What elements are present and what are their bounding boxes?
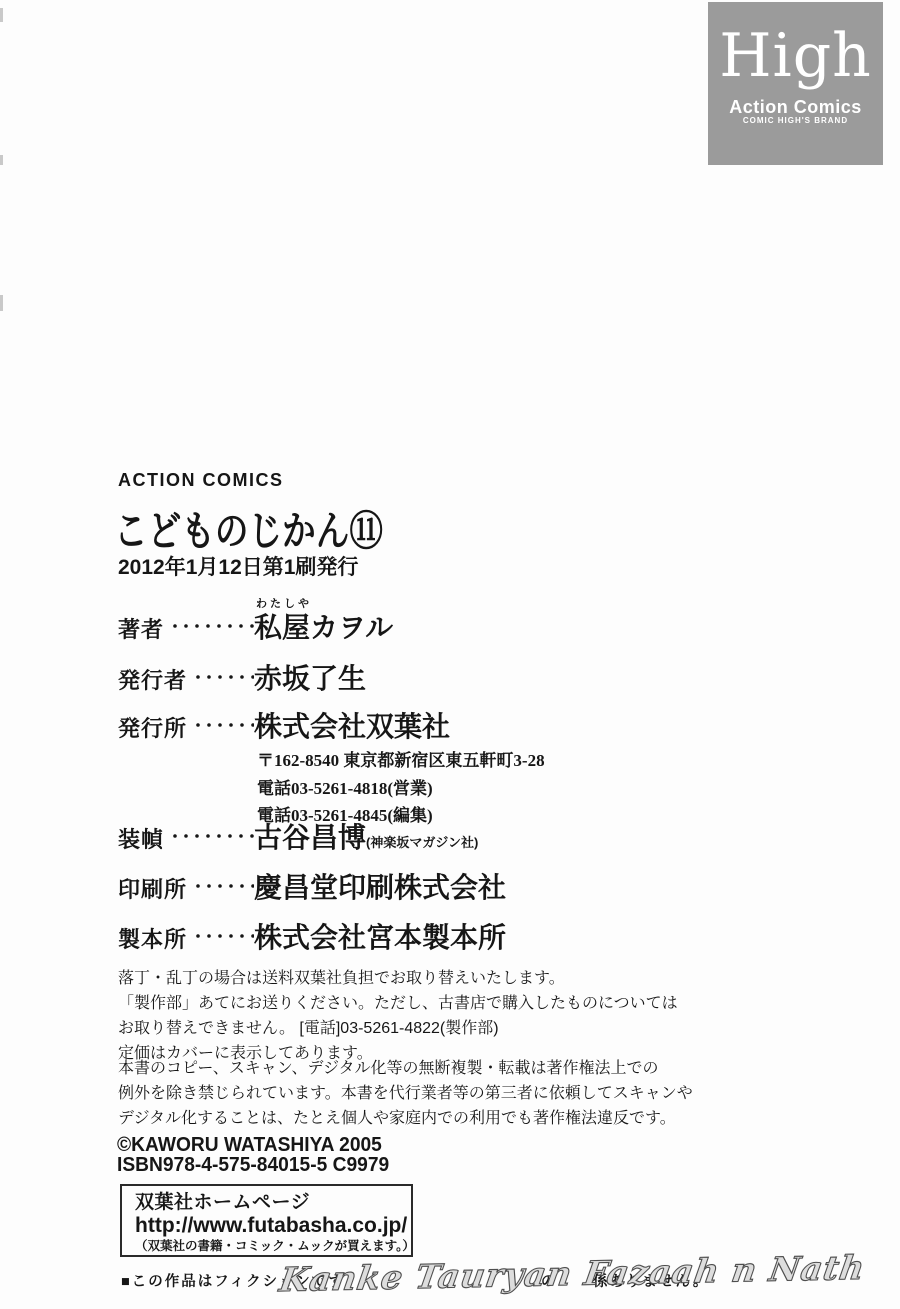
designer-note: (神楽坂マガジン社) xyxy=(366,835,478,850)
notice-line: 例外を除き禁じられています。本書を代行業者等の第三者に依頼してスキャンや xyxy=(118,1081,608,1106)
credits-block: ©KAWORU WATASHIYA 2005 ISBN978-4-575-840… xyxy=(117,1136,389,1175)
colophon-row-binder: 製本所 ・・・・・・・・・・・・・・・・・・・・・・・・ 株式会社宮本製本所 xyxy=(118,922,588,954)
printer-name: 慶昌堂印刷株式会社 xyxy=(254,872,588,904)
book-title: こどものじかん⑪ xyxy=(114,498,383,557)
author-name: わたしや 私屋カヲル xyxy=(254,612,588,644)
row-label: 印刷所 xyxy=(118,873,187,904)
dot-leader: ・・・・・・・・・・・・・・・・・・・・・・・・ xyxy=(187,713,254,736)
fiction-disclaimer: ■この作品はフィクションです の 係ありません。 Kanke Tauryan F… xyxy=(121,1270,761,1306)
brand-action-comics-label: Action Comics xyxy=(708,98,883,116)
brand-box: High Action Comics COMIC HIGH'S BRAND xyxy=(708,2,883,165)
notice-line: 落丁・乱丁の場合は送料双葉社負担でお取り替えいたします。 xyxy=(118,966,608,991)
furigana: わたしや xyxy=(256,598,312,611)
publisher-person-name: 赤坂了生 xyxy=(254,663,588,695)
imprint-label: ACTION COMICS xyxy=(118,470,284,491)
replacement-notice: 落丁・乱丁の場合は送料双葉社負担でお取り替えいたします。 「製作部」あてにお送り… xyxy=(118,966,608,1066)
row-label: 装幀 xyxy=(118,823,164,854)
print-date: 2012年1月12日第1刷発行 xyxy=(118,551,358,581)
dot-leader: ・・・・・・・・・・・・・・・・・・・・・・・・ xyxy=(187,665,254,688)
colophon-row-author: 著者 ・・・・・・・・・・・・・・・・・・・・・・・・ わたしや 私屋カヲル xyxy=(118,612,588,644)
row-label: 製本所 xyxy=(118,923,187,954)
notice-line: 「製作部」あてにお送りください。ただし、古書店で購入したものについては xyxy=(118,991,608,1016)
publisher-company-name: 株式会社双葉社 xyxy=(254,711,588,743)
copyright-line: ©KAWORU WATASHIYA 2005 xyxy=(117,1136,389,1156)
copyright-notice: 本書のコピー、スキャン、デジタル化等の無断複製・転載は著作権法上での 例外を除き… xyxy=(118,1056,608,1131)
scan-artifact xyxy=(0,8,3,22)
dot-leader: ・・・・・・・・・・・・・・・・・・・・・・・・ xyxy=(164,614,254,637)
homepage-title: 双葉社ホームページ xyxy=(135,1193,411,1214)
row-label: 発行所 xyxy=(118,712,187,743)
designer-name: 古谷昌博(神楽坂マガジン社) xyxy=(254,822,588,854)
row-label: 著者 xyxy=(118,613,164,644)
row-label: 発行者 xyxy=(118,664,187,695)
notice-line: 本書のコピー、スキャン、デジタル化等の無断複製・転載は著作権法上での xyxy=(118,1056,608,1081)
publisher-postal-address: 〒162-8540 東京都新宿区東五軒町3-28 xyxy=(257,747,545,775)
notice-line: デジタル化することは、たとえ個人や家庭内での利用でも著作権法違反です。 xyxy=(118,1106,608,1131)
colophon-row-publisher-person: 発行者 ・・・・・・・・・・・・・・・・・・・・・・・・ 赤坂了生 xyxy=(118,663,588,695)
colophon-row-designer: 装幀 ・・・・・・・・・・・・・・・・・・・・・・・・ 古谷昌博(神楽坂マガジン… xyxy=(118,822,588,854)
homepage-url: http://www.futabasha.co.jp/ xyxy=(135,1214,411,1238)
brand-high-logo: High xyxy=(708,26,883,86)
scan-artifact xyxy=(0,295,3,311)
colophon-row-publisher-company: 発行所 ・・・・・・・・・・・・・・・・・・・・・・・・ 株式会社双葉社 xyxy=(118,711,588,743)
colophon-row-printer: 印刷所 ・・・・・・・・・・・・・・・・・・・・・・・・ 慶昌堂印刷株式会社 xyxy=(118,872,588,904)
dot-leader: ・・・・・・・・・・・・・・・・・・・・・・・・ xyxy=(164,824,254,847)
scan-artifact xyxy=(0,155,3,165)
isbn-line: ISBN978-4-575-84015-5 C9979 xyxy=(117,1156,389,1176)
notice-line: お取り替えできません。 [電話]03-5261-4822(製作部) xyxy=(118,1016,608,1041)
publisher-phone-sales: 電話03-5261-4818(営業) xyxy=(257,775,545,803)
dot-leader: ・・・・・・・・・・・・・・・・・・・・・・・・ xyxy=(187,924,254,947)
dot-leader: ・・・・・・・・・・・・・・・・・・・・・・・・ xyxy=(187,874,254,897)
homepage-box: 双葉社ホームページ http://www.futabasha.co.jp/ （双… xyxy=(120,1184,413,1257)
publisher-address-block: 〒162-8540 東京都新宿区東五軒町3-28 電話03-5261-4818(… xyxy=(257,747,545,830)
homepage-note: （双葉社の書籍・コミック・ムックが買えます。） xyxy=(135,1238,411,1254)
brand-tagline: COMIC HIGH'S BRAND xyxy=(708,117,883,125)
binder-name: 株式会社宮本製本所 xyxy=(254,922,588,954)
